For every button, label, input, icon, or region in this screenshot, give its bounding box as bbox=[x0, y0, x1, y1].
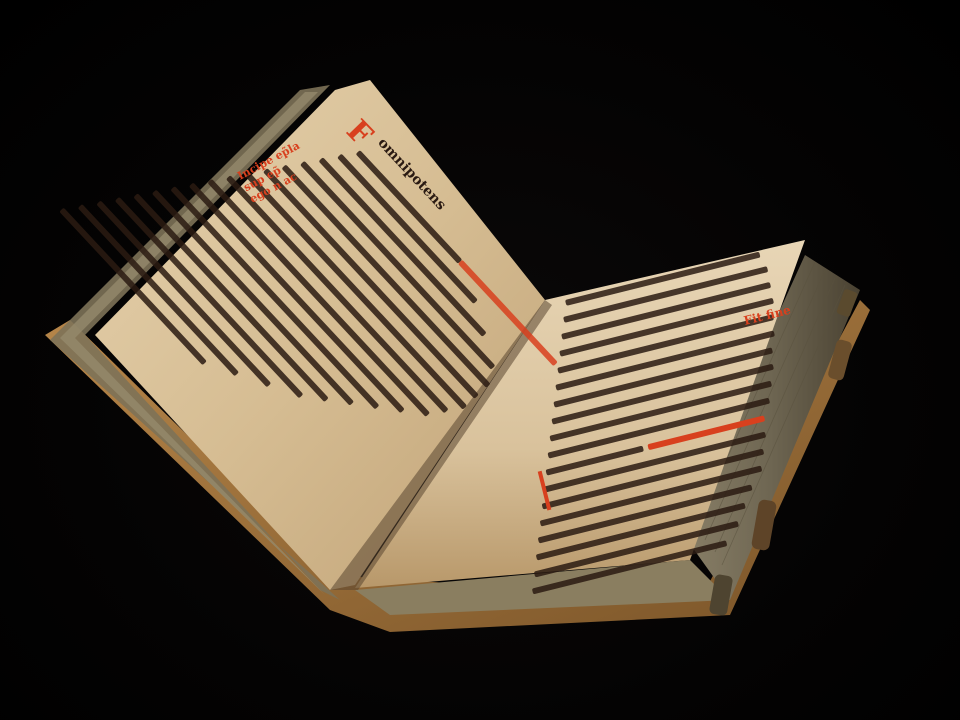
manuscript-book-illustration: F omnipotens Incipe ep̃la bbox=[0, 0, 960, 720]
photo-scene: F omnipotens Incipe ep̃la bbox=[0, 0, 960, 720]
